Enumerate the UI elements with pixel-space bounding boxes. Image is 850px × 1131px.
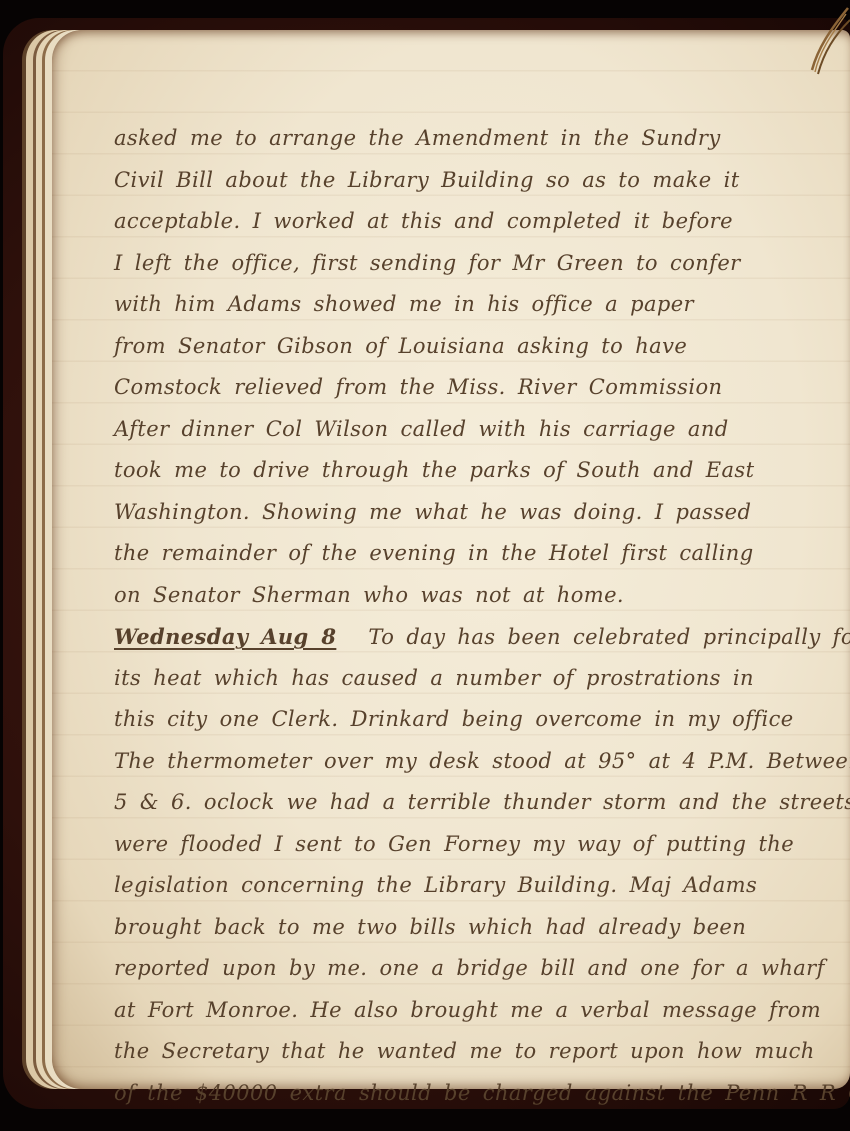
manuscript-line: After dinner Col Wilson called with his … <box>114 409 850 451</box>
line-text: Civil Bill about the Library Building so… <box>114 168 740 192</box>
line-text: the Secretary that he wanted me to repor… <box>114 1039 815 1063</box>
manuscript-line: Wednesday Aug 8 To day has been celebrat… <box>114 616 850 658</box>
line-text: with him Adams showed me in his office a… <box>114 292 694 316</box>
manuscript-line: the Secretary that he wanted me to repor… <box>114 1031 850 1073</box>
manuscript-line: I left the office, first sending for Mr … <box>114 243 850 285</box>
line-text: To day has been celebrated principally f… <box>368 625 850 649</box>
manuscript-line: legislation concerning the Library Build… <box>114 865 850 907</box>
line-text: I left the office, first sending for Mr … <box>114 251 741 275</box>
manuscript-line: the remainder of the evening in the Hote… <box>114 533 850 575</box>
manuscript-line: at Fort Monroe. He also brought me a ver… <box>114 990 850 1032</box>
line-text: acceptable. I worked at this and complet… <box>114 209 733 233</box>
diary-page: asked me to arrange the Amendment in the… <box>52 30 850 1089</box>
manuscript-line: from Senator Gibson of Louisiana asking … <box>114 326 850 368</box>
line-text: legislation concerning the Library Build… <box>114 873 757 897</box>
page-marker-threads-icon <box>760 0 850 100</box>
line-text: reported upon by me. one a bridge bill a… <box>114 956 825 980</box>
line-text: Comstock relieved from the Miss. River C… <box>114 375 722 399</box>
manuscript-line: of the $40000 extra should be charged ag… <box>114 1073 850 1115</box>
manuscript-line: The thermometer over my desk stood at 95… <box>114 741 850 783</box>
line-text: the remainder of the evening in the Hote… <box>114 541 754 565</box>
line-text: After dinner Col Wilson called with his … <box>114 417 729 441</box>
line-text: asked me to arrange the Amendment in the… <box>114 126 721 150</box>
line-text: from Senator Gibson of Louisiana asking … <box>114 334 687 358</box>
line-text: took me to drive through the parks of So… <box>114 458 754 482</box>
manuscript-line: Civil Bill about the Library Building so… <box>114 160 850 202</box>
manuscript-line: reported upon by me. one a bridge bill a… <box>114 948 850 990</box>
line-text: on Senator Sherman who was not at home. <box>114 583 624 607</box>
manuscript-line: this city one Clerk. Drinkard being over… <box>114 699 850 741</box>
line-text: this city one Clerk. Drinkard being over… <box>114 707 794 731</box>
line-text: Washington. Showing me what he was doing… <box>114 500 751 524</box>
entry-date-heading: Wednesday Aug 8 <box>114 624 336 649</box>
line-text: of the $40000 extra should be charged ag… <box>114 1081 850 1105</box>
manuscript-line: Comstock relieved from the Miss. River C… <box>114 367 850 409</box>
line-text: brought back to me two bills which had a… <box>114 915 746 939</box>
manuscript-line: 5 & 6. oclock we had a terrible thunder … <box>114 782 850 824</box>
line-text: The thermometer over my desk stood at 95… <box>114 749 850 773</box>
manuscript-line: its heat which has caused a number of pr… <box>114 658 850 700</box>
manuscript-line: Washington. Showing me what he was doing… <box>114 492 850 534</box>
manuscript-line: acceptable. I worked at this and complet… <box>114 201 850 243</box>
manuscript-line: brought back to me two bills which had a… <box>114 907 850 949</box>
line-text: 5 & 6. oclock we had a terrible thunder … <box>114 790 850 814</box>
line-text: were flooded I sent to Gen Forney my way… <box>114 832 794 856</box>
line-text: its heat which has caused a number of pr… <box>114 666 754 690</box>
manuscript-line: were flooded I sent to Gen Forney my way… <box>114 824 850 866</box>
manuscript-line: asked me to arrange the Amendment in the… <box>114 118 850 160</box>
manuscript-line: on Senator Sherman who was not at home. <box>114 575 850 617</box>
manuscript-line: with him Adams showed me in his office a… <box>114 284 850 326</box>
line-text: at Fort Monroe. He also brought me a ver… <box>114 998 821 1022</box>
manuscript-lines: asked me to arrange the Amendment in the… <box>114 118 850 1114</box>
manuscript-line: took me to drive through the parks of So… <box>114 450 850 492</box>
